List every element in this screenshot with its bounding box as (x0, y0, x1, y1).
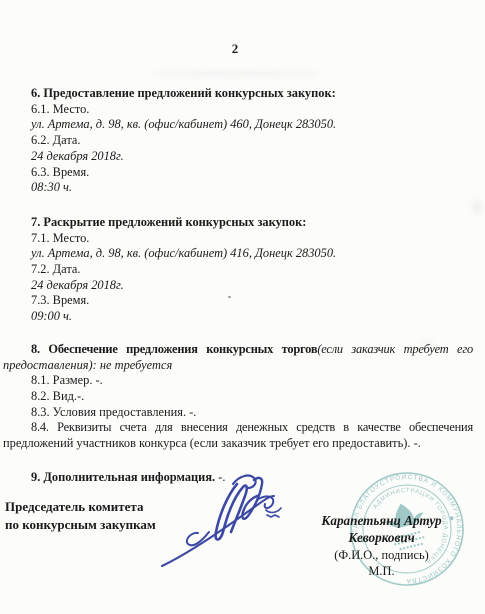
section8-item1: 8.1. Размер. -. (31, 373, 473, 389)
section8-item2: 8.2. Вид.-. (31, 389, 473, 405)
section7-heading: 7. Раскрытие предложений конкурсных заку… (31, 215, 473, 231)
section8-heading-bold: 8. Обеспечение предложения конкурсных то… (31, 342, 317, 356)
section8-heading-line2: предоставления): не требуется (3, 358, 473, 374)
section7-item3-value: 09:00 ч. (31, 309, 473, 325)
section7-item1-label: 7.1. Место. (31, 231, 473, 247)
section8-heading-line1: 8. Обеспечение предложения конкурсных то… (3, 342, 473, 358)
scan-smudge (472, 200, 482, 214)
section8-item4-line1: 8.4. Реквизиты счета для внесения денежн… (3, 420, 473, 436)
signatory-role-line1: Председатель комитета (5, 498, 156, 516)
page-number: 2 (0, 41, 470, 57)
document-body: 6. Предоставление предложений конкурсных… (3, 86, 473, 485)
scanned-document-page: 2 6. Предоставление предложений конкурсн… (0, 0, 485, 614)
signatory-name: Карапетьянц Артур Кеворкович (288, 513, 475, 547)
section6-item1-label: 6.1. Место. (31, 102, 473, 118)
section6-item3-label: 6.3. Время. (31, 165, 473, 181)
scan-smudge (150, 70, 320, 77)
section8-item3: 8.3. Условия предоставления. -. (31, 405, 473, 421)
section7-item2-value: 24 декабря 2018г. (31, 278, 473, 294)
section7-item3-label: 7.3. Время. (31, 293, 473, 309)
section6-heading: 6. Предоставление предложений конкурсных… (31, 86, 473, 102)
section8-heading-italic: (если заказчик требует его (317, 342, 473, 356)
signatory-role: Председатель комитета по конкурсным заку… (5, 498, 156, 533)
handwritten-signature-icon (153, 470, 298, 572)
section8-item4-line2: предложений участников конкурса (если за… (3, 436, 473, 452)
section7-item2-label: 7.2. Дата. (31, 262, 473, 278)
stamp-place-abbr: М.П. (288, 563, 475, 580)
signature-caption: (Ф.И.О., подпись) (288, 547, 475, 564)
signatory-role-line2: по конкурсным закупкам (5, 516, 156, 534)
section6-item2-label: 6.2. Дата. (31, 133, 473, 149)
spacer (3, 325, 473, 342)
section6-item3-value: 08:30 ч. (31, 180, 473, 196)
section6-item1-value: ул. Артема, д. 98, кв. (офис/кабинет) 46… (31, 117, 473, 133)
section7-item1-value: ул. Артема, д. 98, кв. (офис/кабинет) 41… (31, 246, 473, 262)
spacer (3, 196, 473, 215)
section6-item2-value: 24 декабря 2018г. (31, 149, 473, 165)
signatory-name-block: Карапетьянц Артур Кеворкович (Ф.И.О., по… (288, 513, 475, 580)
